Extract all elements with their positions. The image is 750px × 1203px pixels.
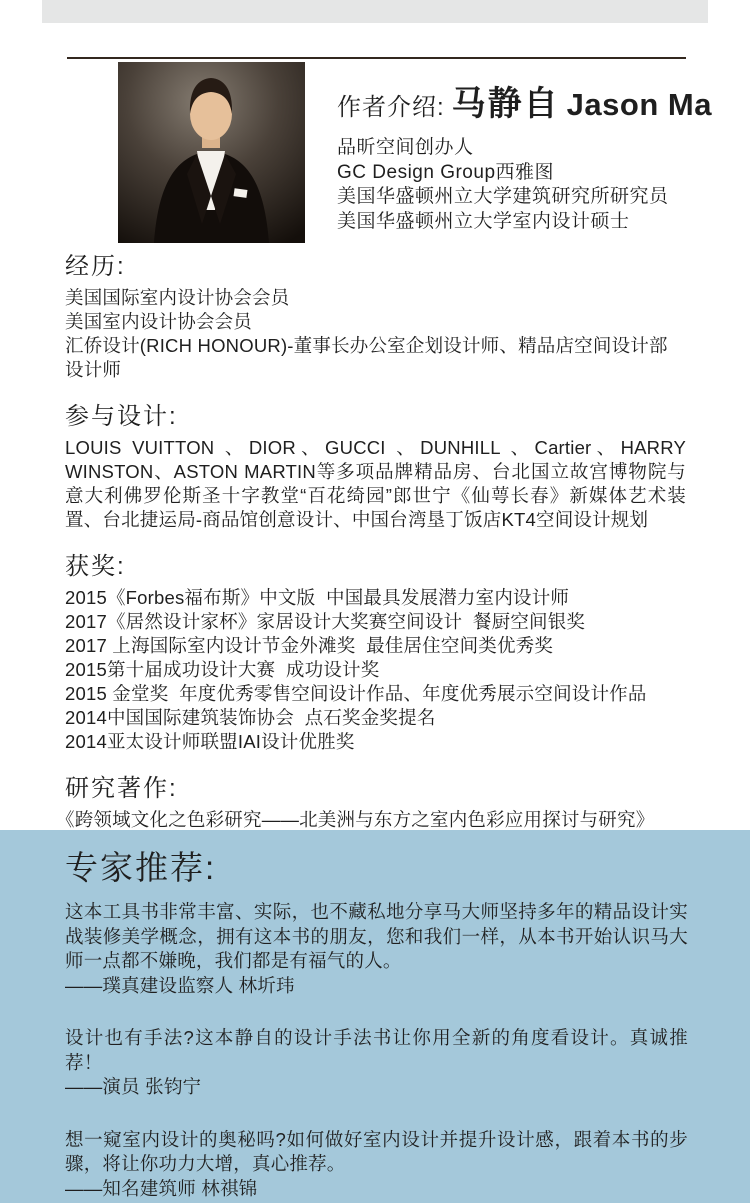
resume-content: 经历: 美国国际室内设计协会会员 美国室内设计协会会员 汇侨设计(RICH HO…	[65, 252, 686, 832]
award-item: 2017《居然设计家杯》家居设计大奖赛空间设计 餐厨空间银奖	[65, 610, 686, 634]
author-title: 美国华盛顿州立大学建筑研究所研究员	[337, 185, 727, 210]
experience-heading: 经历:	[65, 252, 686, 282]
research-heading: 研究著作:	[65, 774, 686, 804]
award-item: 2014亚太设计师联盟IAI设计优胜奖	[65, 730, 686, 754]
section-experience: 经历: 美国国际室内设计协会会员 美国室内设计协会会员 汇侨设计(RICH HO…	[65, 252, 686, 382]
awards-heading: 获奖:	[65, 552, 686, 582]
author-title: GC Design Group西雅图	[337, 161, 727, 186]
section-awards: 获奖: 2015《Forbes福布斯》中文版 中国最具发展潜力室内设计师 201…	[65, 552, 686, 754]
research-item: 《跨领域文化之色彩研究——北美洲与东方之室内色彩应用探讨与研究》	[56, 808, 686, 832]
award-item: 2015《Forbes福布斯》中文版 中国最具发展潜力室内设计师	[65, 586, 686, 610]
author-intro-label: 作者介绍:	[337, 88, 445, 128]
award-item: 2017 上海国际室内设计节金外滩奖 最佳居住空间类优秀奖	[65, 634, 686, 658]
author-title: 美国华盛顿州立大学室内设计硕士	[337, 210, 727, 235]
experience-item: 美国室内设计协会会员	[65, 310, 686, 334]
author-photo	[118, 62, 305, 243]
author-header: 作者介绍: 马静自 Jason Ma 品昕空间创办人 GC Design Gro…	[337, 84, 727, 234]
recommendation-quote: 设计也有手法?这本静自的设计手法书让你用全新的角度看设计。真诚推荐！ ——演员 …	[65, 1026, 688, 1100]
author-name-chinese: 马静自	[452, 84, 560, 124]
quote-text: 设计也有手法?这本静自的设计手法书让你用全新的角度看设计。真诚推荐！	[65, 1026, 688, 1075]
author-titles: 品昕空间创办人 GC Design Group西雅图 美国华盛顿州立大学建筑研究…	[337, 136, 727, 234]
quote-attribution: ——知名建筑师 林祺锦	[65, 1177, 688, 1202]
section-design-projects: 参与设计: LOUIS VUITTON 、DIOR、GUCCI 、DUNHILL…	[65, 402, 686, 532]
author-name-english: Jason Ma	[567, 85, 712, 125]
recommendation-quote: 这本工具书非常丰富、实际，也不藏私地分享马大师坚持多年的精品设计实战装修美学概念…	[65, 900, 688, 998]
quote-attribution: ——演员 张钧宁	[65, 1075, 688, 1100]
author-intro-page: 作者介绍: 马静自 Jason Ma 品昕空间创办人 GC Design Gro…	[0, 0, 750, 1203]
quote-text: 想一窥室内设计的奥秘吗?如何做好室内设计并提升设计感，跟着本书的步骤，将让你功力…	[65, 1128, 688, 1177]
award-item: 2015 金堂奖 年度优秀零售空间设计作品、年度优秀展示空间设计作品	[65, 682, 686, 706]
experience-item: 美国国际室内设计协会会员	[65, 286, 686, 310]
expert-recommendations: 专家推荐: 这本工具书非常丰富、实际，也不藏私地分享马大师坚持多年的精品设计实战…	[0, 830, 750, 1203]
experience-item: 汇侨设计(RICH HONOUR)-董事长办公室企划设计师、精品店空间设计部设计…	[65, 334, 686, 382]
award-item: 2014中国国际建筑装饰协会 点石奖金奖提名	[65, 706, 686, 730]
design-projects-heading: 参与设计:	[65, 402, 686, 432]
recommendations-heading: 专家推荐:	[65, 848, 688, 888]
section-research: 研究著作: 《跨领域文化之色彩研究——北美洲与东方之室内色彩应用探讨与研究》	[65, 774, 686, 832]
author-title: 品昕空间创办人	[337, 136, 727, 161]
top-gray-bar	[42, 0, 708, 23]
recommendation-quote: 想一窥室内设计的奥秘吗?如何做好室内设计并提升设计感，跟着本书的步骤，将让你功力…	[65, 1128, 688, 1202]
quote-text: 这本工具书非常丰富、实际，也不藏私地分享马大师坚持多年的精品设计实战装修美学概念…	[65, 900, 688, 974]
award-item: 2015第十届成功设计大赛 成功设计奖	[65, 658, 686, 682]
quote-attribution: ——璞真建设监察人 林圻玮	[65, 974, 688, 999]
portrait-illustration	[118, 62, 305, 243]
author-name-row: 作者介绍: 马静自 Jason Ma	[337, 84, 727, 128]
header-divider-line	[67, 57, 686, 59]
design-projects-paragraph: LOUIS VUITTON 、DIOR、GUCCI 、DUNHILL 、Cart…	[65, 436, 686, 532]
